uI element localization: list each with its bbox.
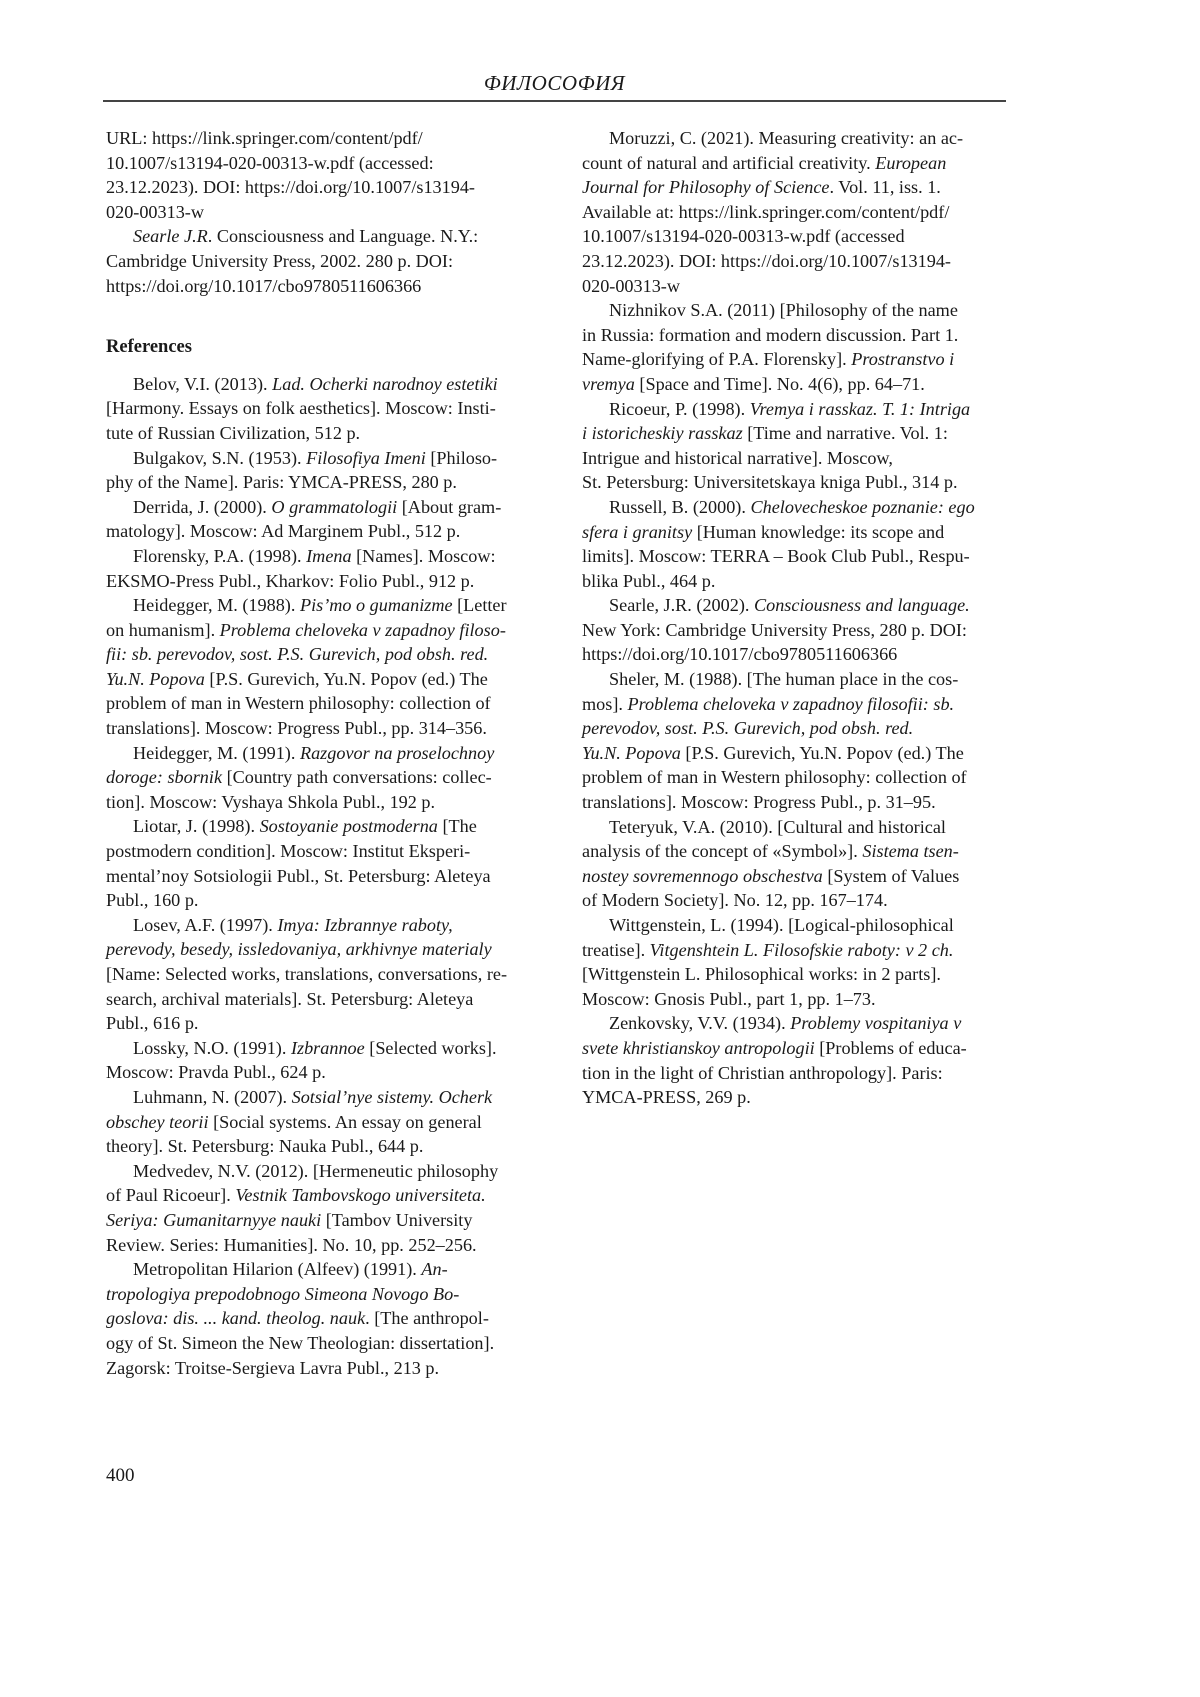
text-line: [Harmony. Essays on folk aesthetics]. Mo… bbox=[106, 396, 530, 421]
text-line: svete khristianskoy antropologii [Proble… bbox=[582, 1036, 1006, 1061]
text-run: 10.1007/s13194-020-00313-w.pdf (accessed bbox=[582, 226, 905, 246]
text-run: translations]. Moscow: Progress Publ., p… bbox=[106, 718, 487, 738]
italic-title: Chelovecheskoe poznanie: ego bbox=[750, 497, 974, 517]
italic-title: O grammatologii bbox=[271, 497, 397, 517]
text-run: Ricoeur, P. (1998). bbox=[609, 399, 750, 419]
text-line: 10.1007/s13194-020-00313-w.pdf (accessed bbox=[582, 224, 1006, 249]
spacer bbox=[106, 360, 530, 372]
reference-entry: Bulgakov, S.N. (1953). Filosofiya Imeni … bbox=[106, 446, 530, 495]
left-column: URL: https://link.springer.com/content/p… bbox=[106, 126, 530, 1380]
italic-title: European bbox=[875, 153, 946, 173]
text-line: perevody, besedy, issledovaniya, arkhivn… bbox=[106, 937, 530, 962]
text-run: 23.12.2023). DOI: https://doi.org/10.100… bbox=[582, 251, 951, 271]
text-run: New York: Cambridge University Press, 28… bbox=[582, 620, 967, 640]
text-line: Bulgakov, S.N. (1953). Filosofiya Imeni … bbox=[106, 446, 530, 471]
text-line: Luhmann, N. (2007). Sotsial’nye sistemy.… bbox=[106, 1085, 530, 1110]
italic-title: Sostoyanie postmoderna bbox=[260, 816, 438, 836]
text-run: 23.12.2023). DOI: https://doi.org/10.100… bbox=[106, 177, 475, 197]
italic-title: Sotsial’nye sistemy. Ocherk bbox=[292, 1087, 493, 1107]
text-run: Teteryuk, V.A. (2010). [Cultural and his… bbox=[609, 817, 946, 837]
text-line: Moscow: Gnosis Publ., part 1, pp. 1–73. bbox=[582, 987, 1006, 1012]
reference-entry: Derrida, J. (2000). O grammatologii [Abo… bbox=[106, 495, 530, 544]
text-run: [Name: Selected works, translations, con… bbox=[106, 964, 507, 984]
italic-title: Izbrannoe bbox=[291, 1038, 365, 1058]
text-run: tion]. Moscow: Vyshaya Shkola Publ., 192… bbox=[106, 792, 435, 812]
text-line: obschey teorii [Social systems. An essay… bbox=[106, 1110, 530, 1135]
text-line: perevodov, sost. P.S. Gurevich, pod obsh… bbox=[582, 716, 1006, 741]
text-run: Publ., 160 p. bbox=[106, 890, 198, 910]
text-line: nostey sovremennogo obschestva [System o… bbox=[582, 864, 1006, 889]
text-run: Publ., 616 p. bbox=[106, 1013, 198, 1033]
italic-title: Lad. Ocherki narodnoy estetiki bbox=[272, 374, 498, 394]
reference-entry: Lossky, N.O. (1991). Izbrannoe [Selected… bbox=[106, 1036, 530, 1085]
text-run: [Time and narrative. Vol. 1: bbox=[743, 423, 948, 443]
text-line: Searle J.R. Consciousness and Language. … bbox=[106, 224, 530, 249]
text-run: St. Petersburg: Universitetskaya kniga P… bbox=[582, 472, 958, 492]
text-run: [Space and Time]. No. 4(6), pp. 64–71. bbox=[635, 374, 925, 394]
italic-title: Problema cheloveka v zapadnoy filosofii:… bbox=[627, 694, 954, 714]
running-header: ФИЛОСОФИЯ bbox=[103, 70, 1006, 96]
text-line: Heidegger, M. (1991). Razgovor na prosel… bbox=[106, 741, 530, 766]
text-line: URL: https://link.springer.com/content/p… bbox=[106, 126, 530, 151]
reference-entry: Zenkovsky, V.V. (1934). Problemy vospita… bbox=[582, 1011, 1006, 1109]
text-run: 020-00313-w bbox=[582, 276, 680, 296]
text-line: Zenkovsky, V.V. (1934). Problemy vospita… bbox=[582, 1011, 1006, 1036]
text-line: Russell, B. (2000). Chelovecheskoe pozna… bbox=[582, 495, 1006, 520]
text-line: treatise]. Vitgenshtein L. Filosofskie r… bbox=[582, 938, 1006, 963]
text-run: Zenkovsky, V.V. (1934). bbox=[609, 1013, 790, 1033]
text-line: Liotar, J. (1998). Sostoyanie postmodern… bbox=[106, 814, 530, 839]
text-run: Liotar, J. (1998). bbox=[133, 816, 260, 836]
text-line: Belov, V.I. (2013). Lad. Ocherki narodno… bbox=[106, 372, 530, 397]
italic-title: Vitgenshtein L. Filosofskie raboty: v 2 … bbox=[650, 940, 954, 960]
text-run: Russell, B. (2000). bbox=[609, 497, 750, 517]
reference-entry: Metropolitan Hilarion (Alfeev) (1991). A… bbox=[106, 1257, 530, 1380]
reference-entry: Moruzzi, C. (2021). Measuring creativity… bbox=[582, 126, 1006, 298]
text-run: [Human knowledge: its scope and bbox=[692, 522, 944, 542]
text-line: Florensky, P.A. (1998). Imena [Names]. M… bbox=[106, 544, 530, 569]
text-run: [System of Values bbox=[823, 866, 960, 886]
continued-reference: URL: https://link.springer.com/content/p… bbox=[106, 126, 530, 224]
reference-entry: Wittgenstein, L. (1994). [Logical-philos… bbox=[582, 913, 1006, 1011]
text-run: [P.S. Gurevich, Yu.N. Popov (ed.) The bbox=[205, 669, 488, 689]
reference-entry: Ricoeur, P. (1998). Vremya i rasskaz. T.… bbox=[582, 397, 1006, 495]
text-line: Cambridge University Press, 2002. 280 p.… bbox=[106, 249, 530, 274]
page-number: 400 bbox=[106, 1465, 135, 1487]
text-run: . Consciousness and Language. N.Y.: bbox=[208, 226, 478, 246]
text-run: Searle, J.R. (2002). bbox=[609, 595, 754, 615]
reference-entry: Searle, J.R. (2002). Consciousness and l… bbox=[582, 593, 1006, 667]
text-line: of Modern Society]. No. 12, pp. 167–174. bbox=[582, 888, 1006, 913]
text-line: tion in the light of Christian anthropol… bbox=[582, 1061, 1006, 1086]
text-run: . Vol. 11, iss. 1. bbox=[830, 177, 941, 197]
text-run: [Wittgenstein L. Philosophical works: in… bbox=[582, 964, 941, 984]
italic-title: Searle J.R bbox=[133, 226, 208, 246]
text-line: 10.1007/s13194-020-00313-w.pdf (accessed… bbox=[106, 151, 530, 176]
text-line: EKSMO-Press Publ., Kharkov: Folio Publ.,… bbox=[106, 569, 530, 594]
text-run: [Country path conversations: collec- bbox=[222, 767, 492, 787]
text-run: blika Publ., 464 p. bbox=[582, 571, 715, 591]
text-line: Lossky, N.O. (1991). Izbrannoe [Selected… bbox=[106, 1036, 530, 1061]
text-run: URL: https://link.springer.com/content/p… bbox=[106, 128, 423, 148]
text-line: matology]. Moscow: Ad Marginem Publ., 51… bbox=[106, 519, 530, 544]
text-line: mental’noy Sotsiologii Publ., St. Peters… bbox=[106, 864, 530, 889]
text-line: 23.12.2023). DOI: https://doi.org/10.100… bbox=[106, 175, 530, 200]
text-run: Name-glorifying of P.A. Florensky]. bbox=[582, 349, 851, 369]
text-run: theory]. St. Petersburg: Nauka Publ., 64… bbox=[106, 1136, 423, 1156]
italic-title: i istoricheskiy rasskaz bbox=[582, 423, 743, 443]
reference-entry: Teteryuk, V.A. (2010). [Cultural and his… bbox=[582, 815, 1006, 913]
text-line: search, archival materials]. St. Petersb… bbox=[106, 987, 530, 1012]
text-run: of Modern Society]. No. 12, pp. 167–174. bbox=[582, 890, 888, 910]
header-rule bbox=[103, 100, 1006, 102]
text-run: . [The anthropol- bbox=[365, 1308, 489, 1328]
reference-entry: Luhmann, N. (2007). Sotsial’nye sistemy.… bbox=[106, 1085, 530, 1159]
text-run: [P.S. Gurevich, Yu.N. Popov (ed.) The bbox=[681, 743, 964, 763]
italic-title: obschey teorii bbox=[106, 1112, 209, 1132]
text-line: Moscow: Pravda Publ., 624 p. bbox=[106, 1060, 530, 1085]
text-run: problem of man in Western philosophy: co… bbox=[106, 693, 491, 713]
text-run: [Problems of educa- bbox=[815, 1038, 967, 1058]
italic-title: Yu.N. Popova bbox=[106, 669, 205, 689]
text-line: tropologiya prepodobnogo Simeona Novogo … bbox=[106, 1282, 530, 1307]
text-run: Heidegger, M. (1988). bbox=[133, 595, 300, 615]
text-line: sfera i granitsy [Human knowledge: its s… bbox=[582, 520, 1006, 545]
text-line: fii: sb. perevodov, sost. P.S. Gurevich,… bbox=[106, 642, 530, 667]
text-run: of Paul Ricoeur]. bbox=[106, 1185, 235, 1205]
text-line: goslova: dis. ... kand. theolog. nauk. [… bbox=[106, 1306, 530, 1331]
text-line: St. Petersburg: Universitetskaya kniga P… bbox=[582, 470, 1006, 495]
reference-entry: Belov, V.I. (2013). Lad. Ocherki narodno… bbox=[106, 372, 530, 446]
text-run: 020-00313-w bbox=[106, 202, 204, 222]
text-line: problem of man in Western philosophy: co… bbox=[106, 691, 530, 716]
reference-entry: Sheler, M. (1988). [The human place in t… bbox=[582, 667, 1006, 815]
text-line: [Wittgenstein L. Philosophical works: in… bbox=[582, 962, 1006, 987]
text-run: problem of man in Western philosophy: co… bbox=[582, 767, 967, 787]
text-run: [Names]. Moscow: bbox=[352, 546, 496, 566]
italic-title: vremya bbox=[582, 374, 635, 394]
text-line: Medvedev, N.V. (2012). [Hermeneutic phil… bbox=[106, 1159, 530, 1184]
text-line: Sheler, M. (1988). [The human place in t… bbox=[582, 667, 1006, 692]
text-line: i istoricheskiy rasskaz [Time and narrat… bbox=[582, 421, 1006, 446]
text-run: [Social systems. An essay on general bbox=[209, 1112, 482, 1132]
text-line: YMCA-PRESS, 269 p. bbox=[582, 1085, 1006, 1110]
text-run: treatise]. bbox=[582, 940, 650, 960]
text-line: Intrigue and historical narrative]. Mosc… bbox=[582, 446, 1006, 471]
italic-title: Journal for Philosophy of Science bbox=[582, 177, 830, 197]
italic-title: Vremya i rasskaz. T. 1: Intriga bbox=[750, 399, 970, 419]
text-line: Publ., 616 p. bbox=[106, 1011, 530, 1036]
text-run: [About gram- bbox=[397, 497, 501, 517]
reference-entry: Heidegger, M. (1991). Razgovor na prosel… bbox=[106, 741, 530, 815]
text-line: Zagorsk: Troitse-Sergieva Lavra Publ., 2… bbox=[106, 1356, 530, 1381]
text-run: Cambridge University Press, 2002. 280 p.… bbox=[106, 251, 453, 271]
italic-title: sfera i granitsy bbox=[582, 522, 692, 542]
text-line: blika Publ., 464 p. bbox=[582, 569, 1006, 594]
references-heading: References bbox=[106, 335, 530, 360]
text-line: postmodern condition]. Moscow: Institut … bbox=[106, 839, 530, 864]
italic-title: nostey sovremennogo obschestva bbox=[582, 866, 823, 886]
text-line: Teteryuk, V.A. (2010). [Cultural and his… bbox=[582, 815, 1006, 840]
text-run: Moscow: Pravda Publ., 624 p. bbox=[106, 1062, 326, 1082]
text-run: [Harmony. Essays on folk aesthetics]. Mo… bbox=[106, 398, 496, 418]
text-run: postmodern condition]. Moscow: Institut … bbox=[106, 841, 470, 861]
text-line: Derrida, J. (2000). O grammatologii [Abo… bbox=[106, 495, 530, 520]
text-run: YMCA-PRESS, 269 p. bbox=[582, 1087, 751, 1107]
text-run: EKSMO-Press Publ., Kharkov: Folio Publ.,… bbox=[106, 571, 474, 591]
text-line: 020-00313-w bbox=[106, 200, 530, 225]
text-run: Florensky, P.A. (1998). bbox=[133, 546, 306, 566]
italic-title: Imena bbox=[306, 546, 351, 566]
text-line: theory]. St. Petersburg: Nauka Publ., 64… bbox=[106, 1134, 530, 1159]
text-line: Journal for Philosophy of Science. Vol. … bbox=[582, 175, 1006, 200]
text-run: Metropolitan Hilarion (Alfeev) (1991). bbox=[133, 1259, 421, 1279]
text-run: ogy of St. Simeon the New Theologian: di… bbox=[106, 1333, 494, 1353]
text-line: limits]. Moscow: TERRA – Book Club Publ.… bbox=[582, 544, 1006, 569]
text-line: Seriya: Gumanitarnyye nauki [Tambov Univ… bbox=[106, 1208, 530, 1233]
reference-entry: Heidegger, M. (1988). Pis’mo o gumanizme… bbox=[106, 593, 530, 741]
text-run: Zagorsk: Troitse-Sergieva Lavra Publ., 2… bbox=[106, 1358, 439, 1378]
reference-entry: Nizhnikov S.A. (2011) [Philosophy of the… bbox=[582, 298, 1006, 396]
italic-title: Sistema tsen- bbox=[862, 841, 958, 861]
italic-title: Imya: Izbrannye raboty, bbox=[277, 915, 452, 935]
text-line: mos]. Problema cheloveka v zapadnoy filo… bbox=[582, 692, 1006, 717]
text-line: on humanism]. Problema cheloveka v zapad… bbox=[106, 618, 530, 643]
text-line: phy of the Name]. Paris: YMCA-PRESS, 280… bbox=[106, 470, 530, 495]
italic-title: Vestnik Tambovskogo universiteta. bbox=[235, 1185, 485, 1205]
text-run: Belov, V.I. (2013). bbox=[133, 374, 272, 394]
text-run: [The bbox=[438, 816, 477, 836]
italic-title: Razgovor na proselochnoy bbox=[300, 743, 494, 763]
text-line: analysis of the concept of «Symbol»]. Si… bbox=[582, 839, 1006, 864]
italic-title: tropologiya prepodobnogo Simeona Novogo … bbox=[106, 1284, 459, 1304]
text-run: [Letter bbox=[453, 595, 507, 615]
text-line: Nizhnikov S.A. (2011) [Philosophy of the… bbox=[582, 298, 1006, 323]
reference-list-right: Moruzzi, C. (2021). Measuring creativity… bbox=[582, 126, 1006, 1110]
text-line: Wittgenstein, L. (1994). [Logical-philos… bbox=[582, 913, 1006, 938]
italic-title: Filosofiya Imeni bbox=[306, 448, 426, 468]
italic-title: Seriya: Gumanitarnyye nauki bbox=[106, 1210, 321, 1230]
text-line: Heidegger, M. (1988). Pis’mo o gumanizme… bbox=[106, 593, 530, 618]
text-run: on humanism]. bbox=[106, 620, 220, 640]
text-run: analysis of the concept of «Symbol»]. bbox=[582, 841, 862, 861]
italic-title: svete khristianskoy antropologii bbox=[582, 1038, 815, 1058]
text-line: 23.12.2023). DOI: https://doi.org/10.100… bbox=[582, 249, 1006, 274]
italic-title: Problemy vospitaniya v bbox=[790, 1013, 961, 1033]
italic-title: An- bbox=[421, 1259, 447, 1279]
text-line: Yu.N. Popova [P.S. Gurevich, Yu.N. Popov… bbox=[582, 741, 1006, 766]
text-run: 10.1007/s13194-020-00313-w.pdf (accessed… bbox=[106, 153, 434, 173]
text-run: search, archival materials]. St. Petersb… bbox=[106, 989, 473, 1009]
italic-title: Prostranstvo i bbox=[851, 349, 954, 369]
italic-title: perevody, besedy, issledovaniya, arkhivn… bbox=[106, 939, 492, 959]
text-run: Losev, A.F. (1997). bbox=[133, 915, 277, 935]
text-run: Moruzzi, C. (2021). Measuring creativity… bbox=[609, 128, 963, 148]
text-run: mos]. bbox=[582, 694, 627, 714]
text-line: https://doi.org/10.1017/cbo9780511606366 bbox=[582, 642, 1006, 667]
italic-title: Problema cheloveka v zapadnoy filoso- bbox=[220, 620, 506, 640]
text-line: 020-00313-w bbox=[582, 274, 1006, 299]
text-run: Nizhnikov S.A. (2011) [Philosophy of the… bbox=[609, 300, 958, 320]
text-run: Sheler, M. (1988). [The human place in t… bbox=[609, 669, 958, 689]
text-run: count of natural and artificial creativi… bbox=[582, 153, 875, 173]
text-line: Ricoeur, P. (1998). Vremya i rasskaz. T.… bbox=[582, 397, 1006, 422]
text-line: translations]. Moscow: Progress Publ., p… bbox=[106, 716, 530, 741]
text-run: Medvedev, N.V. (2012). [Hermeneutic phil… bbox=[133, 1161, 498, 1181]
text-run: Available at: https://link.springer.com/… bbox=[582, 202, 949, 222]
text-run: limits]. Moscow: TERRA – Book Club Publ.… bbox=[582, 546, 970, 566]
text-run: https://doi.org/10.1017/cbo9780511606366 bbox=[106, 276, 421, 296]
text-run: matology]. Moscow: Ad Marginem Publ., 51… bbox=[106, 521, 460, 541]
text-line: Review. Series: Humanities]. No. 10, pp.… bbox=[106, 1233, 530, 1258]
text-run: Lossky, N.O. (1991). bbox=[133, 1038, 291, 1058]
text-line: tion]. Moscow: Vyshaya Shkola Publ., 192… bbox=[106, 790, 530, 815]
text-line: count of natural and artificial creativi… bbox=[582, 151, 1006, 176]
text-line: https://doi.org/10.1017/cbo9780511606366 bbox=[106, 274, 530, 299]
italic-title: doroge: sbornik bbox=[106, 767, 222, 787]
text-run: phy of the Name]. Paris: YMCA-PRESS, 280… bbox=[106, 472, 457, 492]
text-line: of Paul Ricoeur]. Vestnik Tambovskogo un… bbox=[106, 1183, 530, 1208]
text-line: tute of Russian Civilization, 512 p. bbox=[106, 421, 530, 446]
reference-list-left: Belov, V.I. (2013). Lad. Ocherki narodno… bbox=[106, 372, 530, 1380]
text-run: mental’noy Sotsiologii Publ., St. Peters… bbox=[106, 866, 491, 886]
text-line: Available at: https://link.springer.com/… bbox=[582, 200, 1006, 225]
text-run: Wittgenstein, L. (1994). [Logical-philos… bbox=[609, 915, 954, 935]
text-line: Name-glorifying of P.A. Florensky]. Pros… bbox=[582, 347, 1006, 372]
italic-title: Consciousness and language. bbox=[754, 595, 970, 615]
text-line: ogy of St. Simeon the New Theologian: di… bbox=[106, 1331, 530, 1356]
text-run: Derrida, J. (2000). bbox=[133, 497, 271, 517]
text-run: https://doi.org/10.1017/cbo9780511606366 bbox=[582, 644, 897, 664]
text-run: in Russia: formation and modern discussi… bbox=[582, 325, 958, 345]
text-line: Searle, J.R. (2002). Consciousness and l… bbox=[582, 593, 1006, 618]
text-run: Intrigue and historical narrative]. Mosc… bbox=[582, 448, 893, 468]
text-line: Yu.N. Popova [P.S. Gurevich, Yu.N. Popov… bbox=[106, 667, 530, 692]
text-line: doroge: sbornik [Country path conversati… bbox=[106, 765, 530, 790]
reference-entry: Medvedev, N.V. (2012). [Hermeneutic phil… bbox=[106, 1159, 530, 1257]
text-line: translations]. Moscow: Progress Publ., p… bbox=[582, 790, 1006, 815]
text-run: tute of Russian Civilization, 512 p. bbox=[106, 423, 360, 443]
text-run: Moscow: Gnosis Publ., part 1, pp. 1–73. bbox=[582, 989, 876, 1009]
text-line: vremya [Space and Time]. No. 4(6), pp. 6… bbox=[582, 372, 1006, 397]
text-run: Luhmann, N. (2007). bbox=[133, 1087, 292, 1107]
spacer bbox=[106, 298, 530, 335]
text-line: [Name: Selected works, translations, con… bbox=[106, 962, 530, 987]
text-line: Losev, A.F. (1997). Imya: Izbrannye rabo… bbox=[106, 913, 530, 938]
text-run: Bulgakov, S.N. (1953). bbox=[133, 448, 306, 468]
text-line: in Russia: formation and modern discussi… bbox=[582, 323, 1006, 348]
searle-reference: Searle J.R. Consciousness and Language. … bbox=[106, 224, 530, 298]
reference-entry: Liotar, J. (1998). Sostoyanie postmodern… bbox=[106, 814, 530, 912]
reference-entry: Losev, A.F. (1997). Imya: Izbrannye rabo… bbox=[106, 913, 530, 1036]
italic-title: perevodov, sost. P.S. Gurevich, pod obsh… bbox=[582, 718, 913, 738]
text-line: Publ., 160 p. bbox=[106, 888, 530, 913]
reference-entry: Florensky, P.A. (1998). Imena [Names]. M… bbox=[106, 544, 530, 593]
text-run: Review. Series: Humanities]. No. 10, pp.… bbox=[106, 1235, 477, 1255]
italic-title: fii: sb. perevodov, sost. P.S. Gurevich,… bbox=[106, 644, 488, 664]
text-run: Heidegger, M. (1991). bbox=[133, 743, 300, 763]
text-line: New York: Cambridge University Press, 28… bbox=[582, 618, 1006, 643]
italic-title: Pis’mo o gumanizme bbox=[300, 595, 453, 615]
text-line: Moruzzi, C. (2021). Measuring creativity… bbox=[582, 126, 1006, 151]
italic-title: goslova: dis. ... kand. theolog. nauk bbox=[106, 1308, 365, 1328]
italic-title: Yu.N. Popova bbox=[582, 743, 681, 763]
right-column: Moruzzi, C. (2021). Measuring creativity… bbox=[582, 126, 1006, 1110]
reference-entry: Russell, B. (2000). Chelovecheskoe pozna… bbox=[582, 495, 1006, 593]
text-line: Metropolitan Hilarion (Alfeev) (1991). A… bbox=[106, 1257, 530, 1282]
text-run: translations]. Moscow: Progress Publ., p… bbox=[582, 792, 936, 812]
text-run: [Tambov University bbox=[321, 1210, 472, 1230]
text-line: problem of man in Western philosophy: co… bbox=[582, 765, 1006, 790]
text-run: [Selected works]. bbox=[365, 1038, 497, 1058]
text-run: [Philoso- bbox=[426, 448, 497, 468]
text-run: tion in the light of Christian anthropol… bbox=[582, 1063, 943, 1083]
